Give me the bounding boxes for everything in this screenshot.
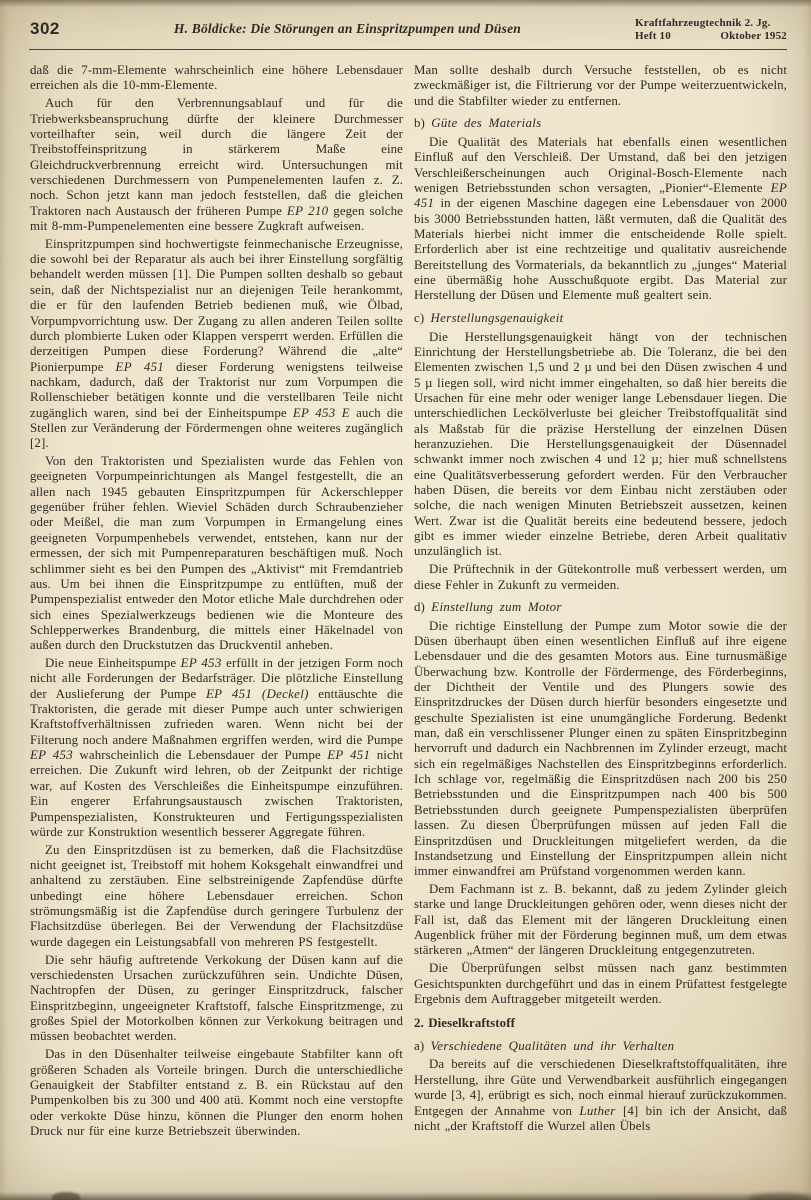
paragraph: Auch für den Verbrennungsablauf und für … [30,96,403,234]
section-heading: a) Verschiedene Qualitäten und ihr Verha… [414,1039,787,1054]
section-heading: d) Einstellung zum Motor [414,600,787,615]
journal-name: Kraftfahrzeugtechnik 2. Jg. [635,17,787,30]
journal-page: 302 H. Böldicke: Die Störungen an Einspr… [0,0,811,1200]
paragraph: Man sollte deshalb durch Versuche festst… [414,63,787,109]
section-heading: 2. Dieselkraftstoff [414,1016,787,1031]
text-columns: daß die 7-mm-Elemente wahrscheinlich ein… [0,50,811,1191]
paragraph: Zu den Einspritzdüsen ist zu bemerken, d… [30,843,403,950]
paragraph: daß die 7-mm-Elemente wahrscheinlich ein… [30,63,403,94]
journal-info: Kraftfahrzeugtechnik 2. Jg. Heft 10 Okto… [635,17,787,43]
page-number: 302 [30,17,60,37]
paragraph: Die Herstellungsgenauigkeit hängt von de… [414,330,787,560]
paragraph: Die richtige Einstellung der Pumpe zum M… [414,619,787,880]
section-heading: c) Herstellungsgenauigkeit [414,311,787,326]
text-column-right: Man sollte deshalb durch Versuche festst… [414,63,787,1191]
paragraph: Dem Fachmann ist z. B. bekannt, daß zu j… [414,882,787,959]
scan-edge-bottom [0,1192,811,1200]
paragraph: Die Überprüfungen selbst müssen nach gan… [414,961,787,1007]
paragraph: Die Prüftechnik in der Gütekontrolle muß… [414,562,787,593]
text-column-left: daß die 7-mm-Elemente wahrscheinlich ein… [30,63,403,1191]
paragraph: Das in den Düsenhalter teilweise eingeba… [30,1047,403,1139]
paragraph: Die sehr häufig auftretende Verkokung de… [30,953,403,1045]
journal-issue: Heft 10 [635,30,671,43]
running-title: H. Böldicke: Die Störungen an Einspritzp… [60,17,635,37]
scan-edge-top [0,0,811,7]
paragraph: Die neue Einheitspumpe EP 453 erfüllt in… [30,656,403,840]
section-heading: b) Güte des Materials [414,116,787,131]
paragraph: Die Qualität des Materials hat ebenfalls… [414,135,787,304]
journal-date: Oktober 1952 [720,30,787,43]
paragraph: Einspritzpumpen sind hochwertigste feinm… [30,237,403,452]
paragraph: Von den Traktoristen und Spezialisten wu… [30,454,403,653]
paragraph: Da bereits auf die verschiedenen Dieselk… [414,1057,787,1134]
